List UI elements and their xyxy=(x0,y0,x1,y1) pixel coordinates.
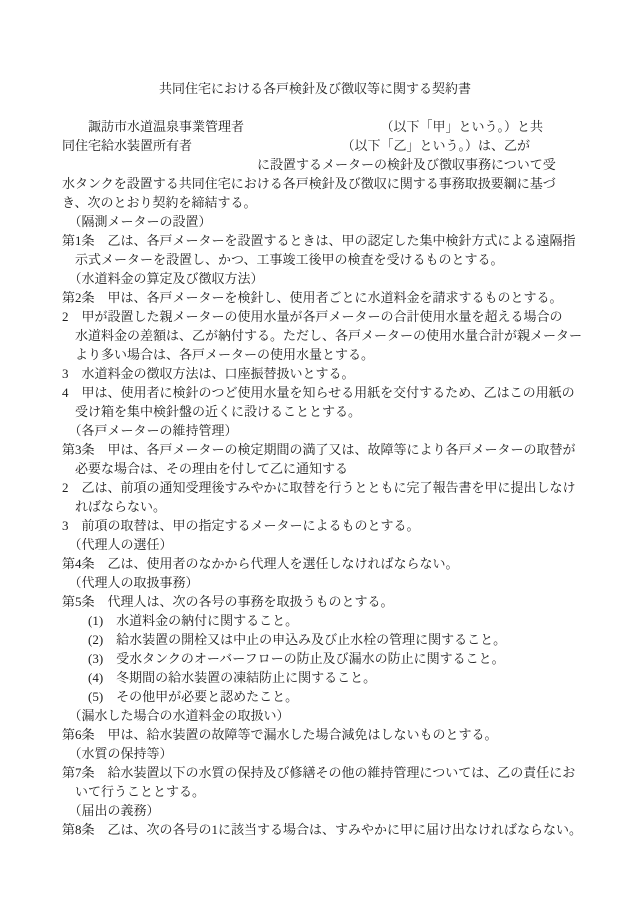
document-line: （各戸メーターの維持管理） xyxy=(62,421,630,440)
document-line: 必要な場合は、その理由を付して乙に通知する xyxy=(62,459,630,478)
document-line: 同住宅給水装置所有者 （以下「乙」という。）は、乙が xyxy=(62,136,630,155)
document-line: 示式メーターを設置し、かつ、工事竣工後甲の検査を受けるものとする。 xyxy=(62,250,630,269)
document-line: (2) 給水装置の開栓又は中止の申込み及び止水栓の管理に関すること。 xyxy=(62,630,630,649)
document-line: ればならない。 xyxy=(62,497,630,516)
document-line: 3 前項の取替は、甲の指定するメーターによるものとする。 xyxy=(62,516,630,535)
document-line: (4) 冬期間の給水装置の凍結防止に関すること。 xyxy=(62,668,630,687)
document-line: より多い場合は、各戸メーターの使用水量とする。 xyxy=(62,345,630,364)
document-line: 第6条 甲は、給水装置の故障等で漏水した場合減免はしないものとする。 xyxy=(62,725,630,744)
document-line: 第4条 乙は、使用者のなかから代理人を選任しなければならない。 xyxy=(62,554,630,573)
document-line: 諏訪市水道温泉事業管理者 （以下「甲」という。）と共 xyxy=(62,117,630,136)
document-line: （代理人の選任） xyxy=(62,535,630,554)
document-title: 共同住宅における各戸検針及び徴収等に関する契約書 xyxy=(0,0,630,98)
document-line: 4 甲は、使用者に検針のつど使用水量を知らせる用紙を交付するため、乙はこの用紙の xyxy=(62,383,630,402)
document-line: (3) 受水タンクのオーバーフローの防止及び漏水の防止に関すること。 xyxy=(62,649,630,668)
document-line: 第5条 代理人は、次の各号の事務を取扱うものとする。 xyxy=(62,592,630,611)
document-line: 2 乙は、前項の通知受理後すみやかに取替を行うとともに完了報告書を甲に提出しなけ xyxy=(62,478,630,497)
document-line: いて行うこととする。 xyxy=(62,782,630,801)
document-body: 諏訪市水道温泉事業管理者 （以下「甲」という。）と共同住宅給水装置所有者 （以下… xyxy=(0,117,630,839)
document-line: 3 水道料金の徴収方法は、口座振替扱いとする。 xyxy=(62,364,630,383)
document-line: （届出の義務） xyxy=(62,801,630,820)
document-line: 水タンクを設置する共同住宅における各戸検針及び徴収に関する事務取扱要綱に基づ xyxy=(62,174,630,193)
document-line: き、次のとおり契約を締結する。 xyxy=(62,193,630,212)
document-line: 第1条 乙は、各戸メーターを設置するときは、甲の認定した集中検針方式による遠隔指 xyxy=(62,231,630,250)
document-line: 第2条 甲は、各戸メーターを検針し、使用者ごとに水道料金を請求するものとする。 xyxy=(62,288,630,307)
document-line: 第7条 給水装置以下の水質の保持及び修繕その他の維持管理については、乙の責任にお xyxy=(62,763,630,782)
document-line: （代理人の取扱事務） xyxy=(62,573,630,592)
document-line: 第3条 甲は、各戸メーターの検定期間の満了又は、故障等により各戸メーターの取替が xyxy=(62,440,630,459)
document-line: 水道料金の差額は、乙が納付する。ただし、各戸メーターの使用水量合計が親メーター xyxy=(62,326,630,345)
document-line: （漏水した場合の水道料金の取扱い） xyxy=(62,706,630,725)
document-line: (1) 水道料金の納付に関すること。 xyxy=(62,611,630,630)
contract-document-page: 共同住宅における各戸検針及び徴収等に関する契約書 諏訪市水道温泉事業管理者 （以… xyxy=(0,0,630,915)
document-line: 2 甲が設置した親メーターの使用水量が各戸メーターの合計使用水量を超える場合の xyxy=(62,307,630,326)
document-line: （水道料金の算定及び徴収方法） xyxy=(62,269,630,288)
document-line: 第8条 乙は、次の各号の1に該当する場合は、すみやかに甲に届け出なければならない… xyxy=(62,820,630,839)
document-line: に設置するメーターの検針及び徴収事務について受 xyxy=(62,155,630,174)
document-line: 受け箱を集中検針盤の近くに設けることとする。 xyxy=(62,402,630,421)
document-line: （隔測メーターの設置） xyxy=(62,212,630,231)
document-line: (5) その他甲が必要と認めたこと。 xyxy=(62,687,630,706)
document-line: （水質の保持等） xyxy=(62,744,630,763)
